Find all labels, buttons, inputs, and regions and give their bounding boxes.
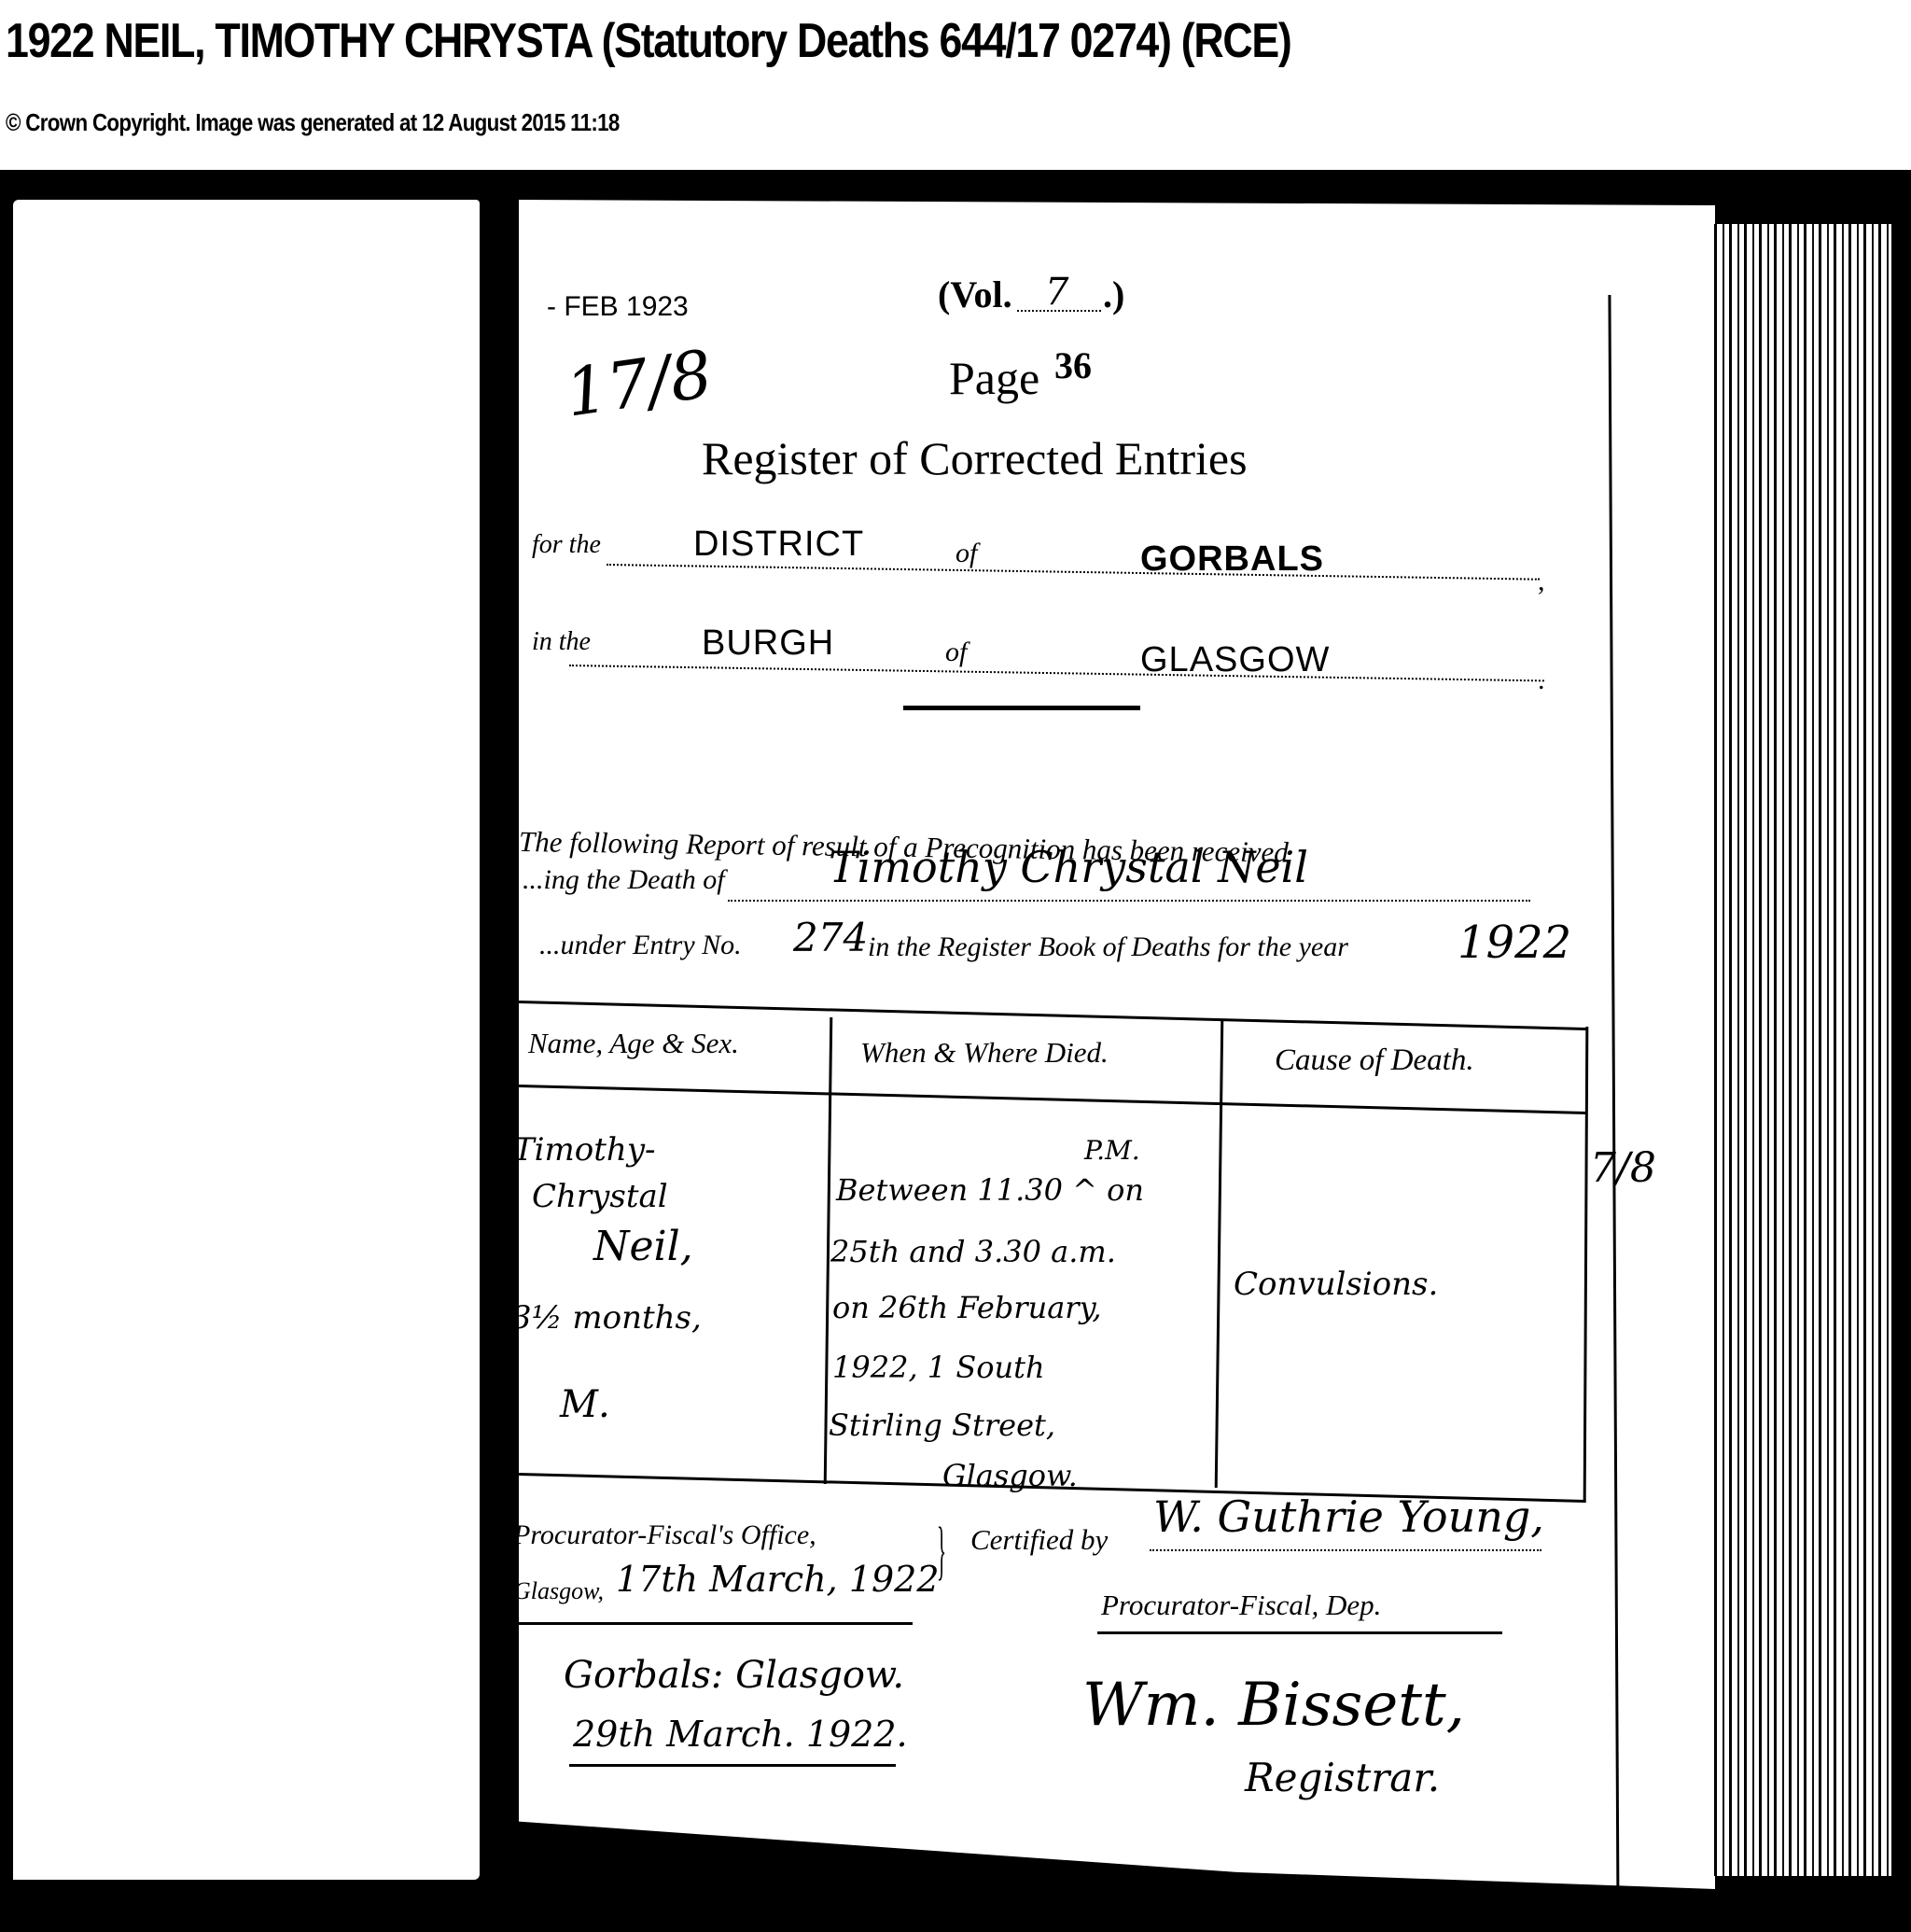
entry-number: 274 (793, 915, 868, 960)
certified-underline (1097, 1631, 1502, 1634)
cause-of-death: Convulsions. (1234, 1266, 1438, 1303)
left-page (13, 200, 480, 1880)
when-where-line-2: 25th and 3.30 a.m. (830, 1234, 1116, 1269)
name-line-2: Chrystal (532, 1178, 668, 1215)
page-label: Page (949, 351, 1039, 405)
district-prefix: for the (532, 530, 601, 560)
registrar-title: Registrar. (1245, 1755, 1440, 1800)
when-where-line-3: on 26th February, (832, 1290, 1102, 1325)
page-edges (1709, 224, 1891, 1876)
when-where-line-5: Stirling Street, (829, 1407, 1055, 1443)
received-stamp: - FEB 1923 (547, 291, 689, 323)
deceased-name: Timothy Chrystal Neil (829, 842, 1308, 892)
district-type: DISTRICT (693, 525, 864, 565)
certified-label: Certified by (970, 1523, 1108, 1557)
burgh-prefix: in the (532, 627, 591, 657)
volume-label: (Vol. (938, 273, 1012, 316)
report-line-3-mid: in the Register Book of Deaths for the y… (868, 931, 1348, 963)
when-where-line-6: Glasgow. (942, 1458, 1078, 1493)
report-line-2-prefix: ...ing the Death of (523, 864, 725, 896)
certified-signature: W. Guthrie Young, (1153, 1491, 1544, 1542)
name-line-3: Neil, (593, 1223, 693, 1270)
name-line-1: Timothy- (513, 1131, 656, 1169)
pf-office-line-1: Procurator-Fiscal's Office, (513, 1519, 816, 1551)
sex-text: M. (560, 1383, 610, 1426)
burgh-type: BURGH (702, 623, 834, 664)
register-title: Register of Corrected Entries (702, 431, 1248, 485)
side-annotation: 7/8 (1590, 1144, 1656, 1192)
pf-brace: } (937, 1514, 946, 1589)
district-of: of (955, 538, 977, 569)
burgh-of: of (945, 637, 967, 668)
district-suffix: , (1538, 566, 1545, 597)
record-title: 1922 NEIL, TIMOTHY CHRYSTA (Statutory De… (6, 13, 1290, 69)
deceased-dotted-line (728, 900, 1530, 902)
certified-dotted-line (1150, 1549, 1541, 1551)
age-text: 3½ months, (511, 1299, 702, 1337)
burgh-suffix: . (1538, 665, 1545, 696)
registration-place: Gorbals: Glasgow. (564, 1654, 904, 1697)
register-year: 1922 (1458, 917, 1571, 969)
when-where-line-1: Between 11.30 ^ on (836, 1172, 1144, 1208)
page-number: 36 (1054, 343, 1092, 387)
certified-title: Procurator-Fiscal, Dep. (1101, 1589, 1381, 1622)
when-where-line-0: P.M. (1084, 1135, 1140, 1166)
registration-underline (569, 1764, 896, 1767)
report-line-3-prefix: ...under Entry No. (539, 930, 742, 961)
pf-office-line-2-prefix: Glasgow, (513, 1577, 604, 1605)
table-header-name: Name, Age & Sex. (528, 1027, 739, 1060)
pf-office-underline (511, 1622, 913, 1625)
pf-office-date: 17th March, 1922 (616, 1559, 940, 1600)
section-rule (903, 706, 1140, 710)
volume-close: .) (1103, 273, 1124, 316)
copyright-notice: © Crown Copyright. Image was generated a… (6, 108, 620, 137)
volume-dots (1017, 310, 1101, 312)
when-where-line-4: 1922, 1 South (832, 1350, 1045, 1385)
registration-date: 29th March. 1922. (573, 1714, 908, 1755)
volume-value: 7 (1045, 271, 1068, 314)
registrar-signature: Wm. Bissett, (1082, 1671, 1465, 1740)
table-header-when-where: When & Where Died. (860, 1036, 1109, 1070)
table-header-cause: Cause of Death. (1275, 1043, 1474, 1078)
